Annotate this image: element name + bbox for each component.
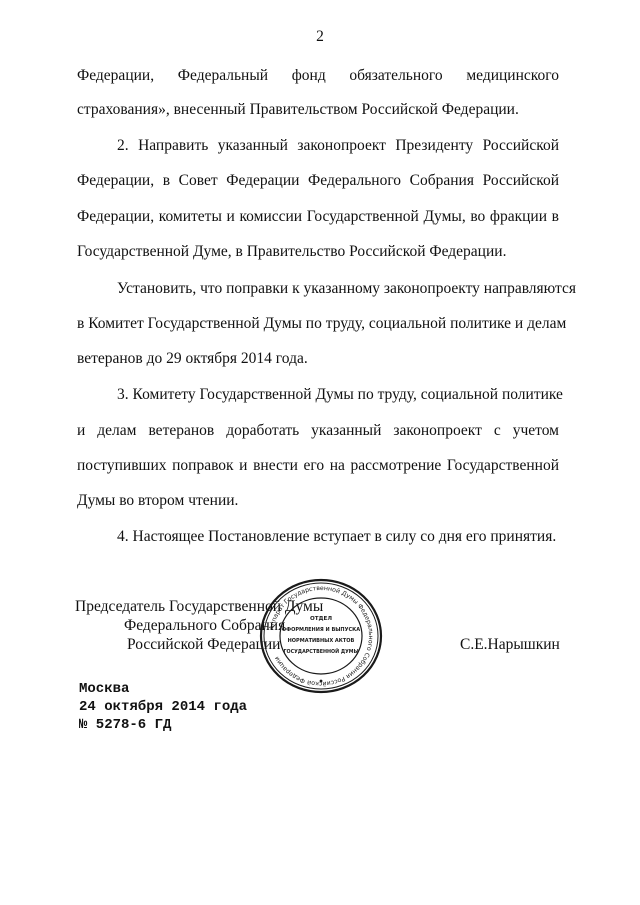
text-line: Установить, что поправки к указанному за… [117,280,559,298]
text-line: Федерации, Федеральный фонд обязательног… [77,67,559,85]
text-line: Думы во втором чтении. [77,492,559,510]
date: 24 октября 2014 года [79,699,247,715]
text-line: Федерации, комитеты и комиссии Государст… [77,208,559,226]
document-number: № 5278-6 ГД [79,717,171,733]
svg-text:ГОСУДАРСТВЕННОЙ ДУМЫ: ГОСУДАРСТВЕННОЙ ДУМЫ [283,647,358,655]
text-line: Федерации, в Совет Федерации Федеральног… [77,172,559,190]
text-line: 2. Направить указанный законопроект През… [117,137,559,155]
text-line: страхования», внесенный Правительством Р… [77,101,559,119]
svg-text:НОРМАТИВНЫХ АКТОВ: НОРМАТИВНЫХ АКТОВ [288,638,355,644]
text-line: 3. Комитету Государственной Думы по труд… [117,386,559,404]
city: Москва [79,681,129,697]
page-number: 2 [0,28,640,46]
text-line: в Комитет Государственной Думы по труду,… [77,315,559,333]
text-line: ветеранов до 29 октября 2014 года. [77,350,559,368]
text-line: и делам ветеранов доработать указанный з… [77,422,559,440]
document-page: 2 Федерации, Федеральный фонд обязательн… [0,0,640,905]
svg-text:ОФОРМЛЕНИЯ И ВЫПУСКА: ОФОРМЛЕНИЯ И ВЫПУСКА [282,627,360,633]
signatory-name: С.Е.Нарышкин [460,636,560,654]
text-line: Государственной Думе, в Правительство Ро… [77,243,559,261]
svg-text:Аппарат Государственной Думы Ф: Аппарат Государственной Думы Федеральног… [268,585,374,688]
svg-text:ОТДЕЛ: ОТДЕЛ [310,616,332,622]
official-stamp-icon: Аппарат Государственной Думы Федеральног… [258,578,384,694]
text-line: 4. Настоящее Постановление вступает в си… [117,528,559,546]
text-line: поступивших поправок и внести его на рас… [77,457,559,475]
